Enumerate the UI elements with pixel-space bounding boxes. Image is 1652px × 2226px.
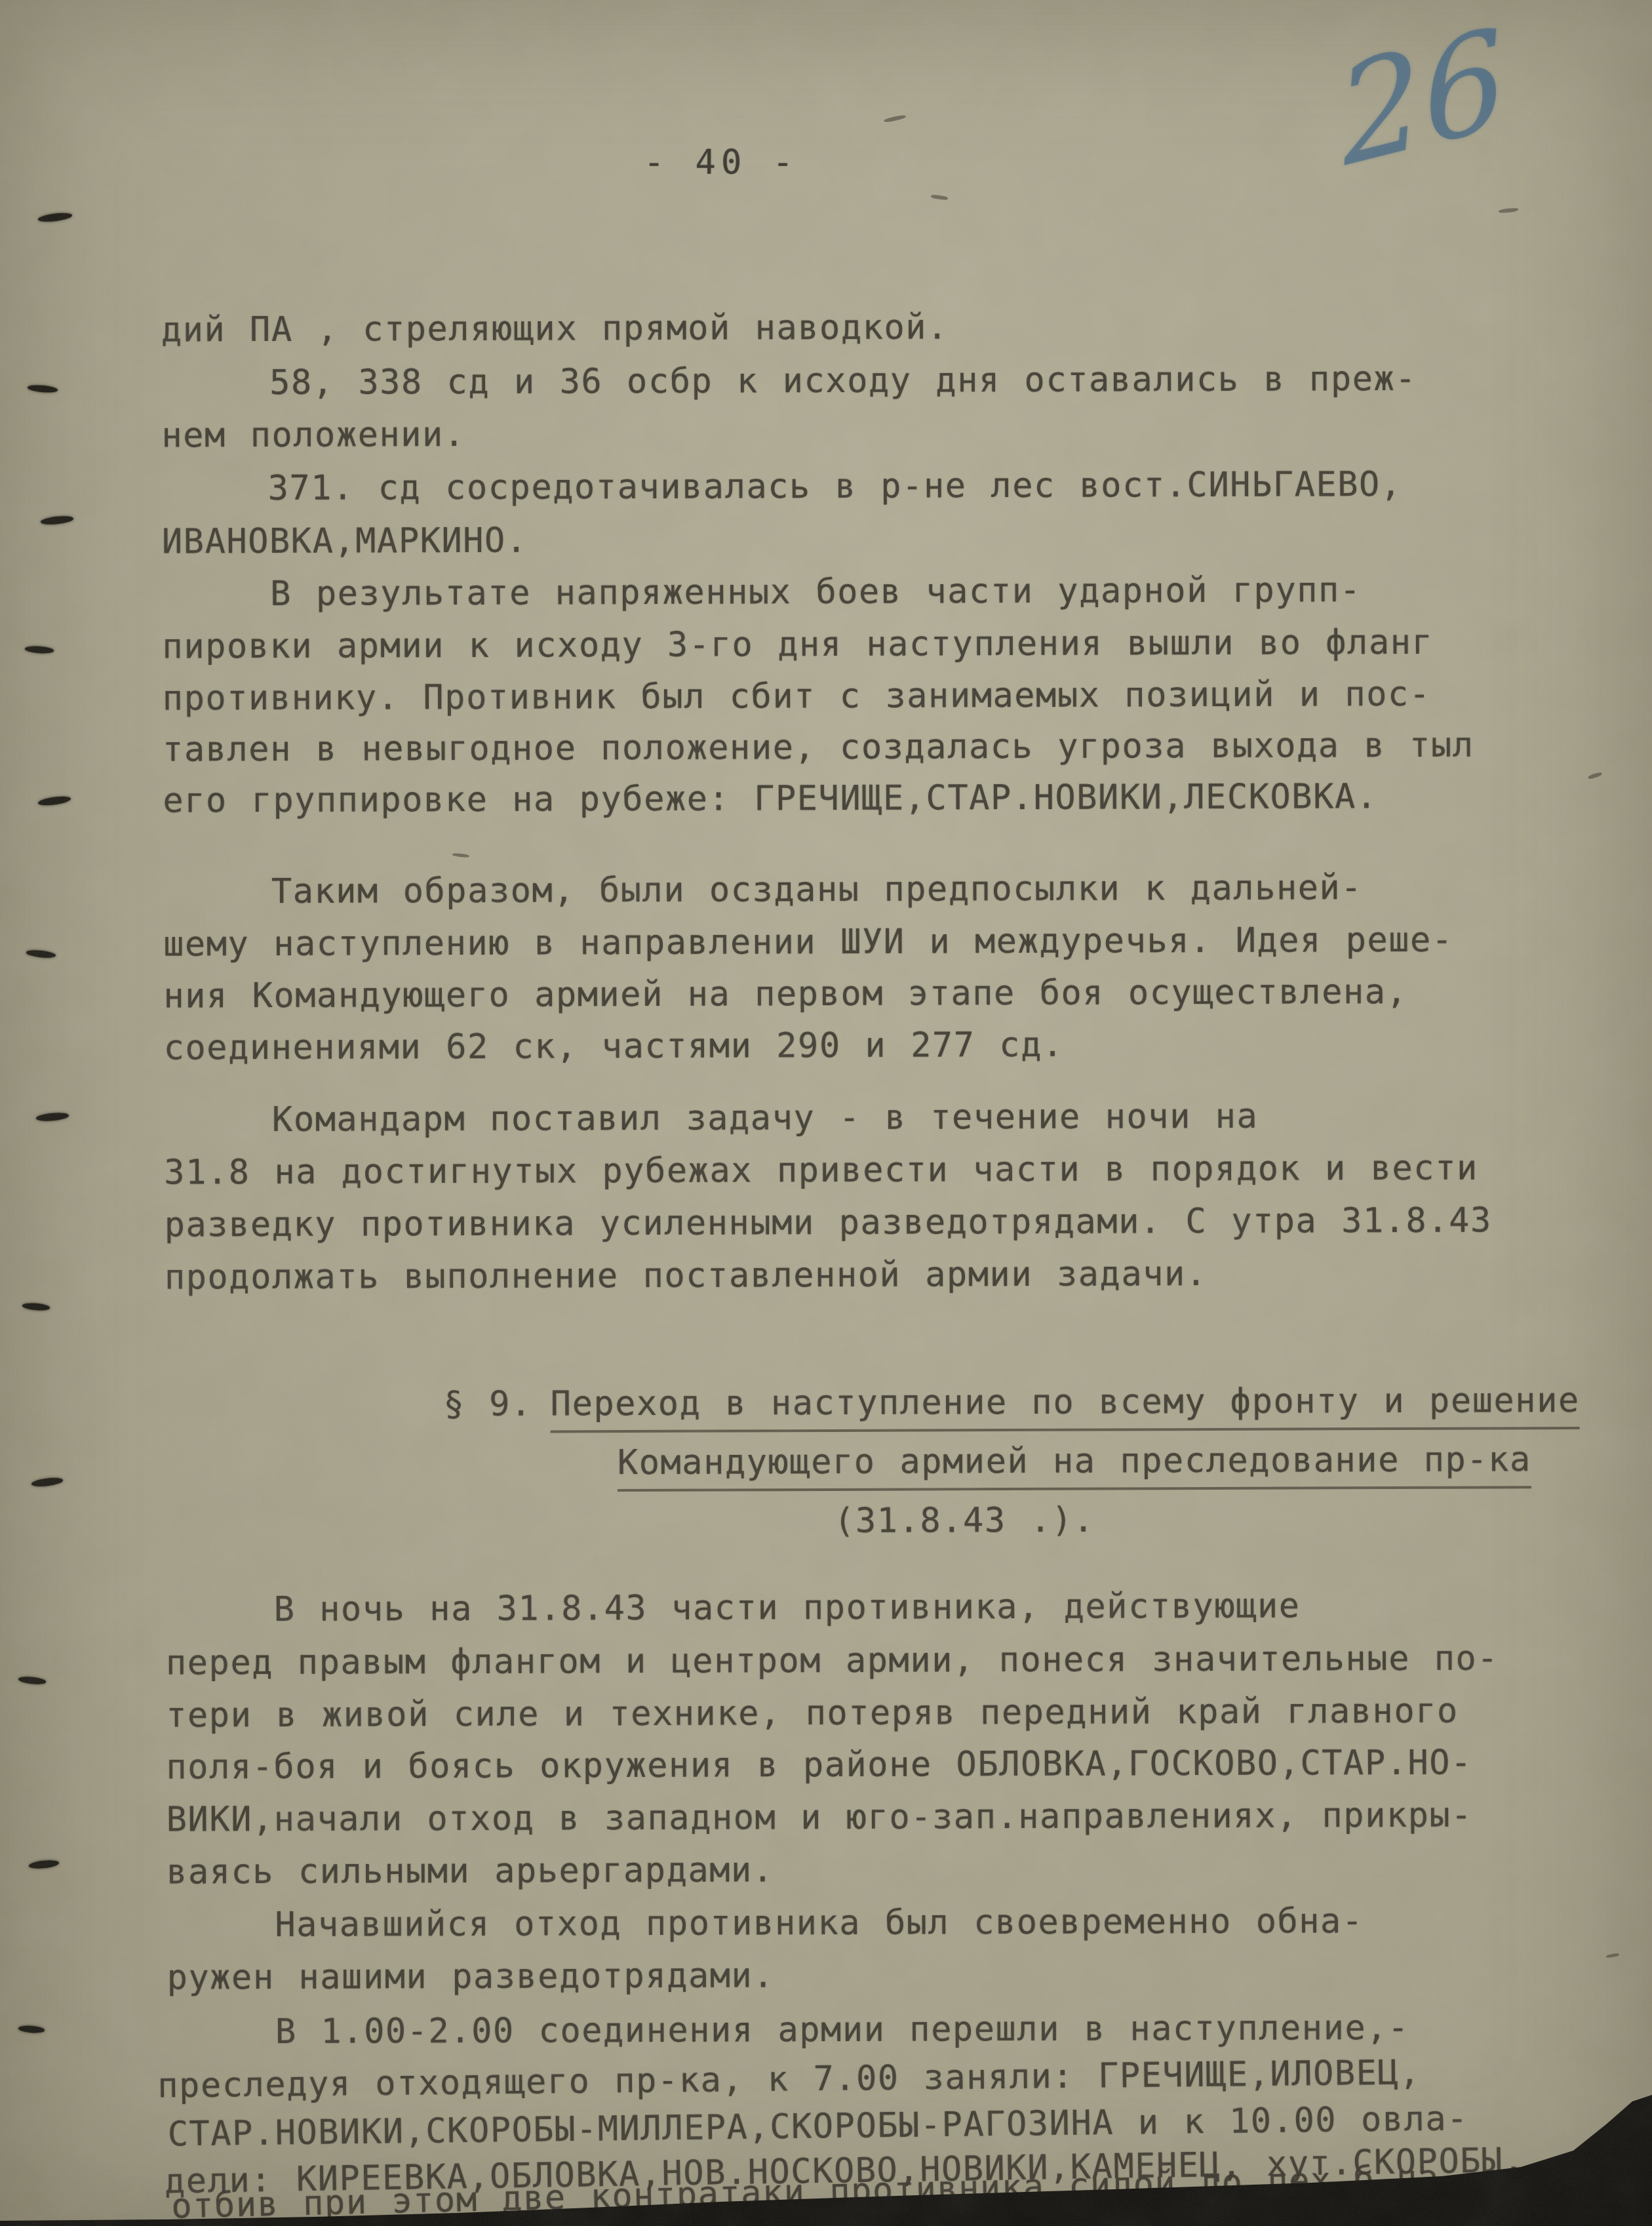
body-line: В ночь на 31.8.43 части противника, дейс… <box>274 1586 1301 1629</box>
body-line: ния Командующего армией на первом этапе … <box>163 972 1407 1016</box>
body-line: ИВАНОВКА,МАРКИНО. <box>162 521 528 562</box>
body-line: соединениями 62 ск, частями 290 и 277 сд… <box>164 1025 1064 1068</box>
body-line: В 1.00-2.00 соединения армии перешли в н… <box>275 2008 1409 2052</box>
body-line: ВИКИ,начали отход в западном и юго-зап.н… <box>167 1796 1473 1840</box>
body-line: шему наступлению в направлении ШУИ и меж… <box>163 921 1453 964</box>
body-line: 371. сд сосредотачивалась в р-не лес вос… <box>268 465 1402 508</box>
section-number: § 9. <box>443 1385 532 1424</box>
body-line: 31.8 на достигнутых рубежах привести час… <box>164 1149 1478 1193</box>
body-line: ваясь сильными арьергардами. <box>167 1850 774 1892</box>
body-line: 58, 338 сд и 36 осбр к исходу дня остава… <box>269 359 1417 403</box>
body-line: Командарм поставил задачу - в течение но… <box>272 1097 1259 1140</box>
body-line: тавлен в невыгодное положение, создалась… <box>163 726 1474 770</box>
body-line: поля-боя и боясь окружения в районе ОБЛО… <box>166 1743 1472 1787</box>
body-line: противнику. Противник был сбит с занимае… <box>163 675 1431 719</box>
body-line: дий ПА , стреляющих прямой наводкой. <box>161 308 949 349</box>
body-line: разведку противника усиленными разведотр… <box>164 1201 1491 1244</box>
typewritten-text: дий ПА , стреляющих прямой наводкой. 58,… <box>0 0 1652 2226</box>
section-heading-line-1: § 9.Переход в наступление по всему фронт… <box>443 1381 1579 1424</box>
body-line: его группировке на рубеже: ГРЕЧИЩЕ,СТАР.… <box>163 777 1377 820</box>
body-line: ружен нашими разведотрядами. <box>167 1956 774 1997</box>
body-line: перед правым флангом и центром армии, по… <box>166 1639 1499 1682</box>
section-heading-date: (31.8.43 .). <box>834 1501 1095 1541</box>
body-line: преследуя отходящего пр-ка, к 7.00 занял… <box>157 2053 1421 2105</box>
body-line: тери в живой силе и технике, потеряв пер… <box>166 1692 1459 1736</box>
scanned-document-page: - 40 - 26 дий ПА , стреляющих прямой нав… <box>0 0 1652 2226</box>
body-line: пировки армии к исходу 3-го дня наступле… <box>162 623 1433 667</box>
section-title-part-1: Переход в наступление по всему фронту и … <box>551 1381 1580 1433</box>
body-line: В результате напряженных боев части удар… <box>270 570 1362 614</box>
body-line: нем положении. <box>161 415 465 456</box>
body-line: Таким образом, были осзданы предпосылки … <box>271 868 1363 911</box>
section-heading-line-2: Командующего армией на преследование пр-… <box>618 1440 1531 1482</box>
body-line: продолжать выполнение поставленной армии… <box>165 1254 1208 1298</box>
section-title-part-2: Командующего армией на преследование пр-… <box>618 1440 1531 1492</box>
body-line: Начавшийся отход противника был своеврем… <box>275 1901 1364 1945</box>
